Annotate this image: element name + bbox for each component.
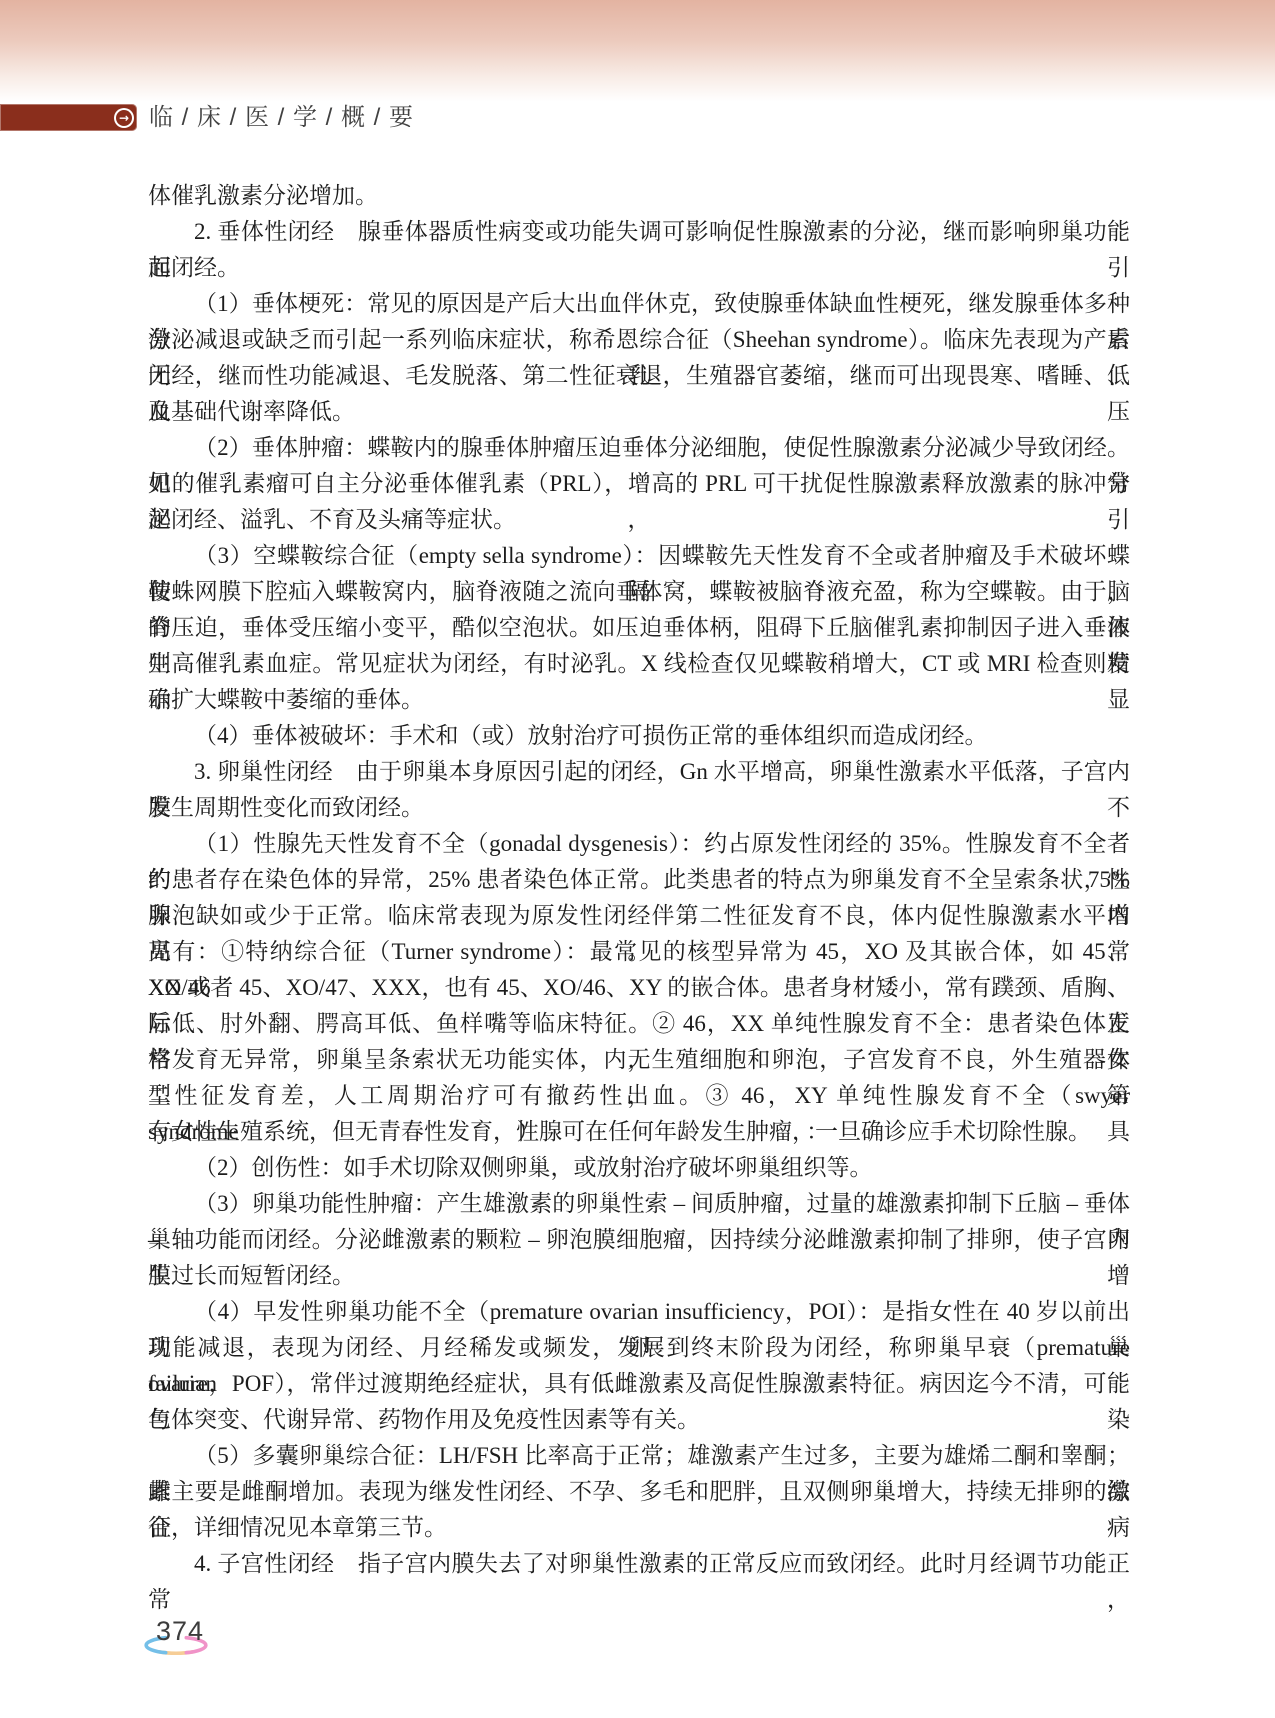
text-line: 闭经，继而性功能减退、毛发脱落、第二性征衰退，生殖器官萎缩，继而可出现畏寒、嗜睡… <box>148 358 1130 394</box>
text-line: （3）卵巢功能性肿瘤：产生雄激素的卵巢性索 – 间质肿瘤，过量的雄激素抑制下丘脑… <box>148 1186 1130 1222</box>
text-line: 的患者存在染色体的异常，25% 患者染色体正常。此类患者的特点为卵巢发育不全呈索… <box>148 862 1130 898</box>
text-line: 的压迫，垂体受压缩小变平，酷似空泡状。如压迫垂体柄，阻碍下丘脑催乳素抑制因子进入… <box>148 610 1130 646</box>
text-line: （5）多囊卵巢综合征：LH/FSH 比率高于正常；雄激素产生过多，主要为雄烯二酮… <box>148 1438 1130 1474</box>
text-line: 有女性生殖系统，但无青春性发育，性腺可在任何年龄发生肿瘤，一旦确诊应手术切除性腺… <box>148 1114 1130 1150</box>
text-line: （1）垂体梗死：常见的原因是产后大出血伴休克，致使腺垂体缺血性梗死，继发腺垂体多… <box>148 286 1130 322</box>
text-line: 见的催乳素瘤可自主分泌垂体催乳素（PRL），增高的 PRL 可干扰促性腺激素释放… <box>148 466 1130 502</box>
text-line: 巢轴功能而闭经。分泌雌激素的颗粒 – 卵泡膜细胞瘤，因持续分泌雌激素抑制了排卵，… <box>148 1222 1130 1258</box>
text-line: 格发育无异常，卵巢呈条索状无功能实体，内无生殖细胞和卵泡，子宫发育不良，外生殖器… <box>148 1042 1130 1078</box>
text-line: 生高催乳素血症。常见症状为闭经，有时泌乳。X 线检查仅见蝶鞍稍增大，CT 或 M… <box>148 646 1130 682</box>
text-line: failure，POF），常伴过渡期绝经症状，具有低雌激素及高促性腺激素特征。病… <box>148 1366 1130 1402</box>
text-line: 分泌减退或缺乏而引起一系列临床症状，称希恩综合征（Sheehan syndrom… <box>148 322 1130 358</box>
footer: 374 <box>138 1614 228 1664</box>
text-line: 体催乳激素分泌增加。 <box>148 178 1130 214</box>
text-line: （1）性腺先天性发育不全（gonadal dysgenesis）：约占原发性闭经… <box>148 826 1130 862</box>
header-gradient <box>0 0 1275 102</box>
text-line: 见有：①特纳综合征（Turner syndrome）：最常见的核型异常为 45，… <box>148 934 1130 970</box>
text-line: 3. 卵巢性闭经 由于卵巢本身原因引起的闭经，Gn 水平增高，卵巢性激素水平低落… <box>148 754 1130 790</box>
text-line: 2. 垂体性闭经 腺垂体器质性病变或功能失调可影响促性腺激素的分泌，继而影响卵巢… <box>148 214 1130 250</box>
text-line: （3）空蝶鞍综合征（empty sella syndrome）：因蝶鞍先天性发育… <box>148 538 1130 574</box>
page-number: 374 <box>156 1616 204 1647</box>
text-line: 际低、肘外翻、腭高耳低、鱼样嘴等临床特征。② 46，XX 单纯性腺发育不全：患者… <box>148 1006 1130 1042</box>
text-line: 素主要是雌酮增加。表现为继发性闭经、不孕、多毛和肥胖，且双侧卵巢增大，持续无排卵… <box>148 1474 1130 1510</box>
text-line: （4）早发性卵巢功能不全（premature ovarian insuffici… <box>148 1294 1130 1330</box>
text-line: 二性征发育差，人工周期治疗可有撤药性出血。③ 46，XY 单纯性腺发育不全（sw… <box>148 1078 1130 1114</box>
text-line: 卵泡缺如或少于正常。临床常表现为原发性闭经伴第二性征发育不良，体内促性腺激素水平… <box>148 898 1130 934</box>
chapter-tab-bar: → <box>0 104 137 131</box>
book-title: 临 / 床 / 医 / 学 / 概 / 要 <box>149 104 414 131</box>
text-line: XX 或者 45、XO/47、XXX，也有 45、XO/46、XY 的嵌合体。患… <box>148 970 1130 1006</box>
text-line: 4. 子宫性闭经 指子宫内膜失去了对卵巢性激素的正常反应而致闭经。此时月经调节功… <box>148 1546 1130 1582</box>
text-line: （2）垂体肿瘤：蝶鞍内的腺垂体肿瘤压迫垂体分泌细胞，使促性腺激素分泌减少导致闭经… <box>148 430 1130 466</box>
page: → 临 / 床 / 医 / 学 / 概 / 要 体催乳激素分泌增加。2. 垂体性… <box>0 0 1275 1718</box>
text-line: 功能减退，表现为闭经、月经稀发或频发，发展到终末阶段为闭经，称卵巢早衰（prem… <box>148 1330 1130 1366</box>
arrow-icon: → <box>114 108 134 128</box>
text-line: （4）垂体被破坏：手术和（或）放射治疗可损伤正常的垂体组织而造成闭经。 <box>148 718 1130 754</box>
text-line: 使蛛网膜下腔疝入蝶鞍窝内，脑脊液随之流向垂体窝，蝶鞍被脑脊液充盈，称为空蝶鞍。由… <box>148 574 1130 610</box>
text-line: （2）创伤性：如手术切除双侧卵巢，或放射治疗破坏卵巢组织等。 <box>148 1150 1130 1186</box>
page-body: 体催乳激素分泌增加。2. 垂体性闭经 腺垂体器质性病变或功能失调可影响促性腺激素… <box>148 178 1130 1582</box>
